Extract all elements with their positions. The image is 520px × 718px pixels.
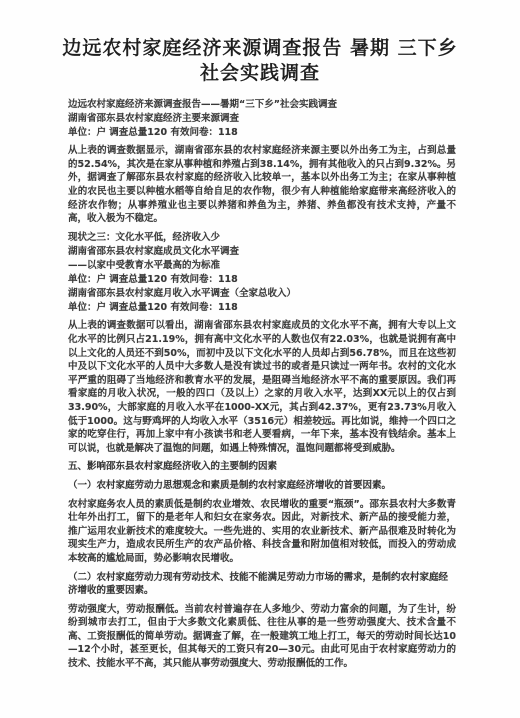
paragraph: 农村家庭务农人员的素质低是制约农业增效、农民增收的重要“瓶颈”。邵东县农村大多数…	[68, 498, 456, 566]
status-heading-line: 现状之三：文化水平低，经济收入少	[68, 231, 456, 245]
survey-stats-line: 单位：户 调查总量120 有效问卷：118	[68, 126, 456, 140]
survey-stats-line: 单位：户 调查总量120 有效问卷：118	[68, 273, 456, 287]
document-title: 边远农村家庭经济来源调查报告 暑期 三下乡 社会实践调查	[58, 36, 462, 86]
document-page: 边远农村家庭经济来源调查报告 暑期 三下乡 社会实践调查 边远农村家庭经济来源调…	[0, 0, 520, 718]
section-heading: 五、影响邵东县农村家庭经济收入的主要制约因素	[68, 460, 456, 474]
survey-note-line: ——以家中受教育水平最高的为标准	[68, 259, 456, 273]
survey-title-line: 湖南省邵东县农村家庭月收入水平调查（全家总收入）	[68, 287, 456, 301]
document-body: 边远农村家庭经济来源调查报告——暑期“三下乡”社会实践调查 湖南省邵东县农村家庭…	[68, 98, 456, 671]
subtitle-line: 边远农村家庭经济来源调查报告——暑期“三下乡”社会实践调查	[68, 98, 456, 112]
survey-stats-line: 单位：户 调查总量120 有效问卷：118	[68, 301, 456, 315]
survey-title-line: 湖南省邵东县农村家庭成员文化水平调查	[68, 245, 456, 259]
paragraph: 从上表的调查数据可以看出，湖南省邵东县农村家庭成员的文化水平不高，拥有大专以上文…	[68, 319, 456, 455]
paragraph: 劳动强度大，劳动报酬低。当前农村普遍存在人多地少、劳动力富余的问题，为了生计，纷…	[68, 603, 456, 671]
survey-title-line: 湖南省邵东县农村家庭经济主要来源调查	[68, 112, 456, 126]
paragraph: 从上表的调查数据显示，湖南省邵东县的农村家庭经济来源主要以外出务工为主，占到总量…	[68, 144, 456, 226]
subsection-heading: （二）农村家庭劳动力现有劳动技术、技能不能满足劳动力市场的需求，是制约农村家庭经…	[68, 571, 456, 598]
subsection-heading: （一）农村家庭劳动力思想观念和素质是制约农村家庭经济增收的首要因素。	[68, 479, 456, 493]
